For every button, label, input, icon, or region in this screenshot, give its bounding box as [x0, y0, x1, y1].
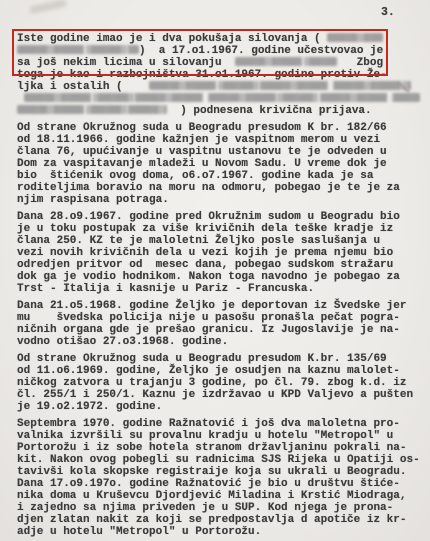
text-run: Iste godine imao je i dva pokušaja silov… [17, 33, 327, 45]
document-line: člana 76, upućivanje u vaspitnu ustanovu… [17, 146, 425, 158]
document-line [17, 93, 425, 105]
document-line: tavivši kola skopske registraije koja su… [17, 466, 425, 478]
document-line: toga je kao i razbojništva 31.o1.1967. g… [17, 69, 425, 81]
text-run: od 11.o6.1969. godine, Željko je osudjen… [17, 365, 400, 377]
redacted-text [149, 81, 411, 90]
document-line: adje u hotelu "Metropol" u Portorožu. [17, 526, 425, 538]
text-run: toga je kao i razbojništva 31.o1.1967. g… [17, 69, 387, 81]
text-run: bio štićenik ovog doma, o6.o7.1967. godi… [17, 170, 373, 182]
text-run: ničkog zatvora u trajanju 3 godine, po č… [17, 377, 406, 389]
document-line: Trst - Italija i kasnije u Pariz - Franc… [17, 283, 425, 295]
text-run: odredjen pritvor od mesec dana, pobegao … [17, 259, 393, 271]
text-run: Trst - Italija i kasnije u Pariz - Franc… [17, 283, 314, 295]
document-line: roditeljima boravio na moru na odmoru, p… [17, 182, 425, 194]
document-line: bio štićenik ovog doma, o6.o7.1967. godi… [17, 170, 425, 182]
document-line: od 11.o6.1969. godine, Željko je osudjen… [17, 365, 425, 377]
document-line: i zajedno sa njima priveden je u SUP. Ko… [17, 502, 425, 514]
paragraph-6: Septembra 1970. godine Ražnatović i još … [17, 418, 425, 538]
document-line: ničkog zatvora u trajanju 3 godine, po č… [17, 377, 425, 389]
document-line: sa još nekim licima u silovanju Zbog [17, 57, 425, 69]
document-line: Dana 21.o5.1968. godine Željko je deport… [17, 300, 425, 312]
text-run: Od strane Okružnog suda u Beogradu presu… [17, 353, 387, 365]
paragraph-2: Od strane Okružnog suda u Beogradu presu… [17, 122, 425, 206]
text-run: dok ga je vodio hodnikom. Nakon toga nav… [17, 271, 400, 283]
document-line: je u toku postupak za više krivičnih del… [17, 223, 425, 235]
document-line: ) podnesena krivična prijava. [17, 105, 425, 117]
text-run: vezi novih krivičnih dela u vezi kojih j… [17, 247, 393, 259]
text-run: roditeljima boravio na moru na odmoru, p… [17, 182, 400, 194]
text-run: Dana 28.o9.1967. godine pred Okružnim su… [17, 211, 400, 223]
scanned-document-page: 3. Iste godine imao je i dva pokušaja si… [0, 0, 430, 541]
text-run: tavivši kola skopske registraije koja su… [17, 466, 406, 478]
paragraph-3: Dana 28.o9.1967. godine pred Okružnim su… [17, 211, 425, 295]
paragraph-4: Dana 21.o5.1968. godine Željko je deport… [17, 300, 425, 348]
document-line: od 18.11.1966. godine kažnjen je vaspitn… [17, 134, 425, 146]
document-line: člana 250. KZ te je maloletni Željko pos… [17, 235, 425, 247]
text-run: Dom za vaspitavanje mladeži u Novom Sadu… [17, 158, 387, 170]
text-run: sa još nekim licima u silovanju [17, 57, 235, 69]
document-line: Od strane Okružnog suda u Beogradu presu… [17, 122, 425, 134]
document-line: njim raspisana potraga. [17, 194, 425, 206]
text-run: i zajedno sa njima priveden je u SUP. Ko… [17, 502, 393, 514]
document-line: dok ga je vodio hodnikom. Nakon toga nav… [17, 271, 425, 283]
document-line: Dana 17.o9.197o. godine Ražnatović je bi… [17, 478, 425, 490]
document-line: čl. 255/1 i 250/1. Kaznu je izdržavao u … [17, 389, 425, 401]
document-line: valnika izvršili su provalnu kradju u ho… [17, 430, 425, 442]
text-run: člana 250. KZ te je maloletni Željko pos… [17, 235, 380, 247]
text-run: njim raspisana potraga. [17, 194, 169, 206]
smudge-mark [30, 0, 67, 14]
document-line: vodno otišao 27.o3.1968. godine. [17, 336, 425, 348]
document-line: kit. Nakon ovog pobegli su radnicima SJS… [17, 454, 425, 466]
text-run: Septembra 1970. godine Ražnatović i još … [17, 418, 400, 430]
document-line: Septembra 1970. godine Ražnatović i još … [17, 418, 425, 430]
document-line: vezi novih krivičnih dela u vezi kojih j… [17, 247, 425, 259]
text-run: je 19.o2.1972. godine. [17, 401, 162, 413]
document-line: Portorožu i iz sobe hotela stranom držav… [17, 442, 425, 454]
text-run: člana 76, upućivanje u vaspitnu ustanovu… [17, 146, 387, 158]
text-run: ničnih organa gde je prešao granicu. Iz … [17, 324, 400, 336]
text-run [17, 93, 24, 105]
text-run: Portorožu i iz sobe hotela stranom držav… [17, 442, 406, 454]
document-line: ničnih organa gde je prešao granicu. Iz … [17, 324, 425, 336]
document-line: Dana 28.o9.1967. godine pred Okružnim su… [17, 211, 425, 223]
paragraph-1: Iste godine imao je i dva pokušaja silov… [17, 33, 425, 117]
document-line: ljka i ostalih ( [17, 81, 425, 93]
document-line: je 19.o2.1972. godine. [17, 401, 425, 413]
text-run: Dana 17.o9.197o. godine Ražnatović je bi… [17, 478, 400, 490]
document-line: ) a 17.o1.1967. godine učestvovao je [17, 45, 425, 57]
redacted-text [17, 45, 139, 54]
paragraph-5: Od strane Okružnog suda u Beogradu presu… [17, 353, 425, 413]
page-number: 3. [381, 6, 395, 20]
redacted-text [235, 57, 337, 66]
document-line: djen zlatan nakit za koji se predpostavl… [17, 514, 425, 526]
text-run: djen zlatan nakit za koji se predpostavl… [17, 514, 406, 526]
document-line: Od strane Okružnog suda u Beogradu presu… [17, 353, 425, 365]
text-run: ljka i ostalih ( [17, 81, 149, 93]
text-run: ) a 17.o1.1967. godine učestvovao je [139, 45, 383, 57]
text-run: nika doma u Kruševcu Djordjević Miladina… [17, 490, 406, 502]
document-line: Dom za vaspitavanje mladeži u Novom Sadu… [17, 158, 425, 170]
document-line: Iste godine imao je i dva pokušaja silov… [17, 33, 425, 45]
text-run: vodno otišao 27.o3.1968. godine. [17, 336, 228, 348]
text-run: adje u hotelu "Metropol" u Portorožu. [17, 526, 261, 538]
text-run: Dana 21.o5.1968. godine Željko je deport… [17, 300, 406, 312]
text-run: čl. 255/1 i 250/1. Kaznu je izdržavao u … [17, 389, 413, 401]
text-run: je u toku postupak za više krivičnih del… [17, 223, 393, 235]
document-line: mu švedska policija nije u pasošu pronaš… [17, 312, 425, 324]
text-run: Zbog [337, 57, 383, 69]
redacted-text [24, 93, 420, 102]
text-run: od 18.11.1966. godine kažnjen je vaspitn… [17, 134, 380, 146]
text-run: valnika izvršili su provalnu kradju u ho… [17, 430, 393, 442]
document-body: Iste godine imao je i dva pokušaja silov… [17, 33, 425, 541]
text-run: kit. Nakon ovog pobegli su radnicima SJS… [17, 454, 420, 466]
text-run: Od strane Okružnog suda u Beogradu presu… [17, 122, 387, 134]
document-line: nika doma u Kruševcu Djordjević Miladina… [17, 490, 425, 502]
text-run: ) podnesena krivična prijava. [167, 105, 372, 117]
document-line: odredjen pritvor od mesec dana, pobegao … [17, 259, 425, 271]
redacted-text [327, 33, 383, 42]
text-run: mu švedska policija nije u pasošu pronaš… [17, 312, 400, 324]
redacted-text [17, 105, 167, 114]
